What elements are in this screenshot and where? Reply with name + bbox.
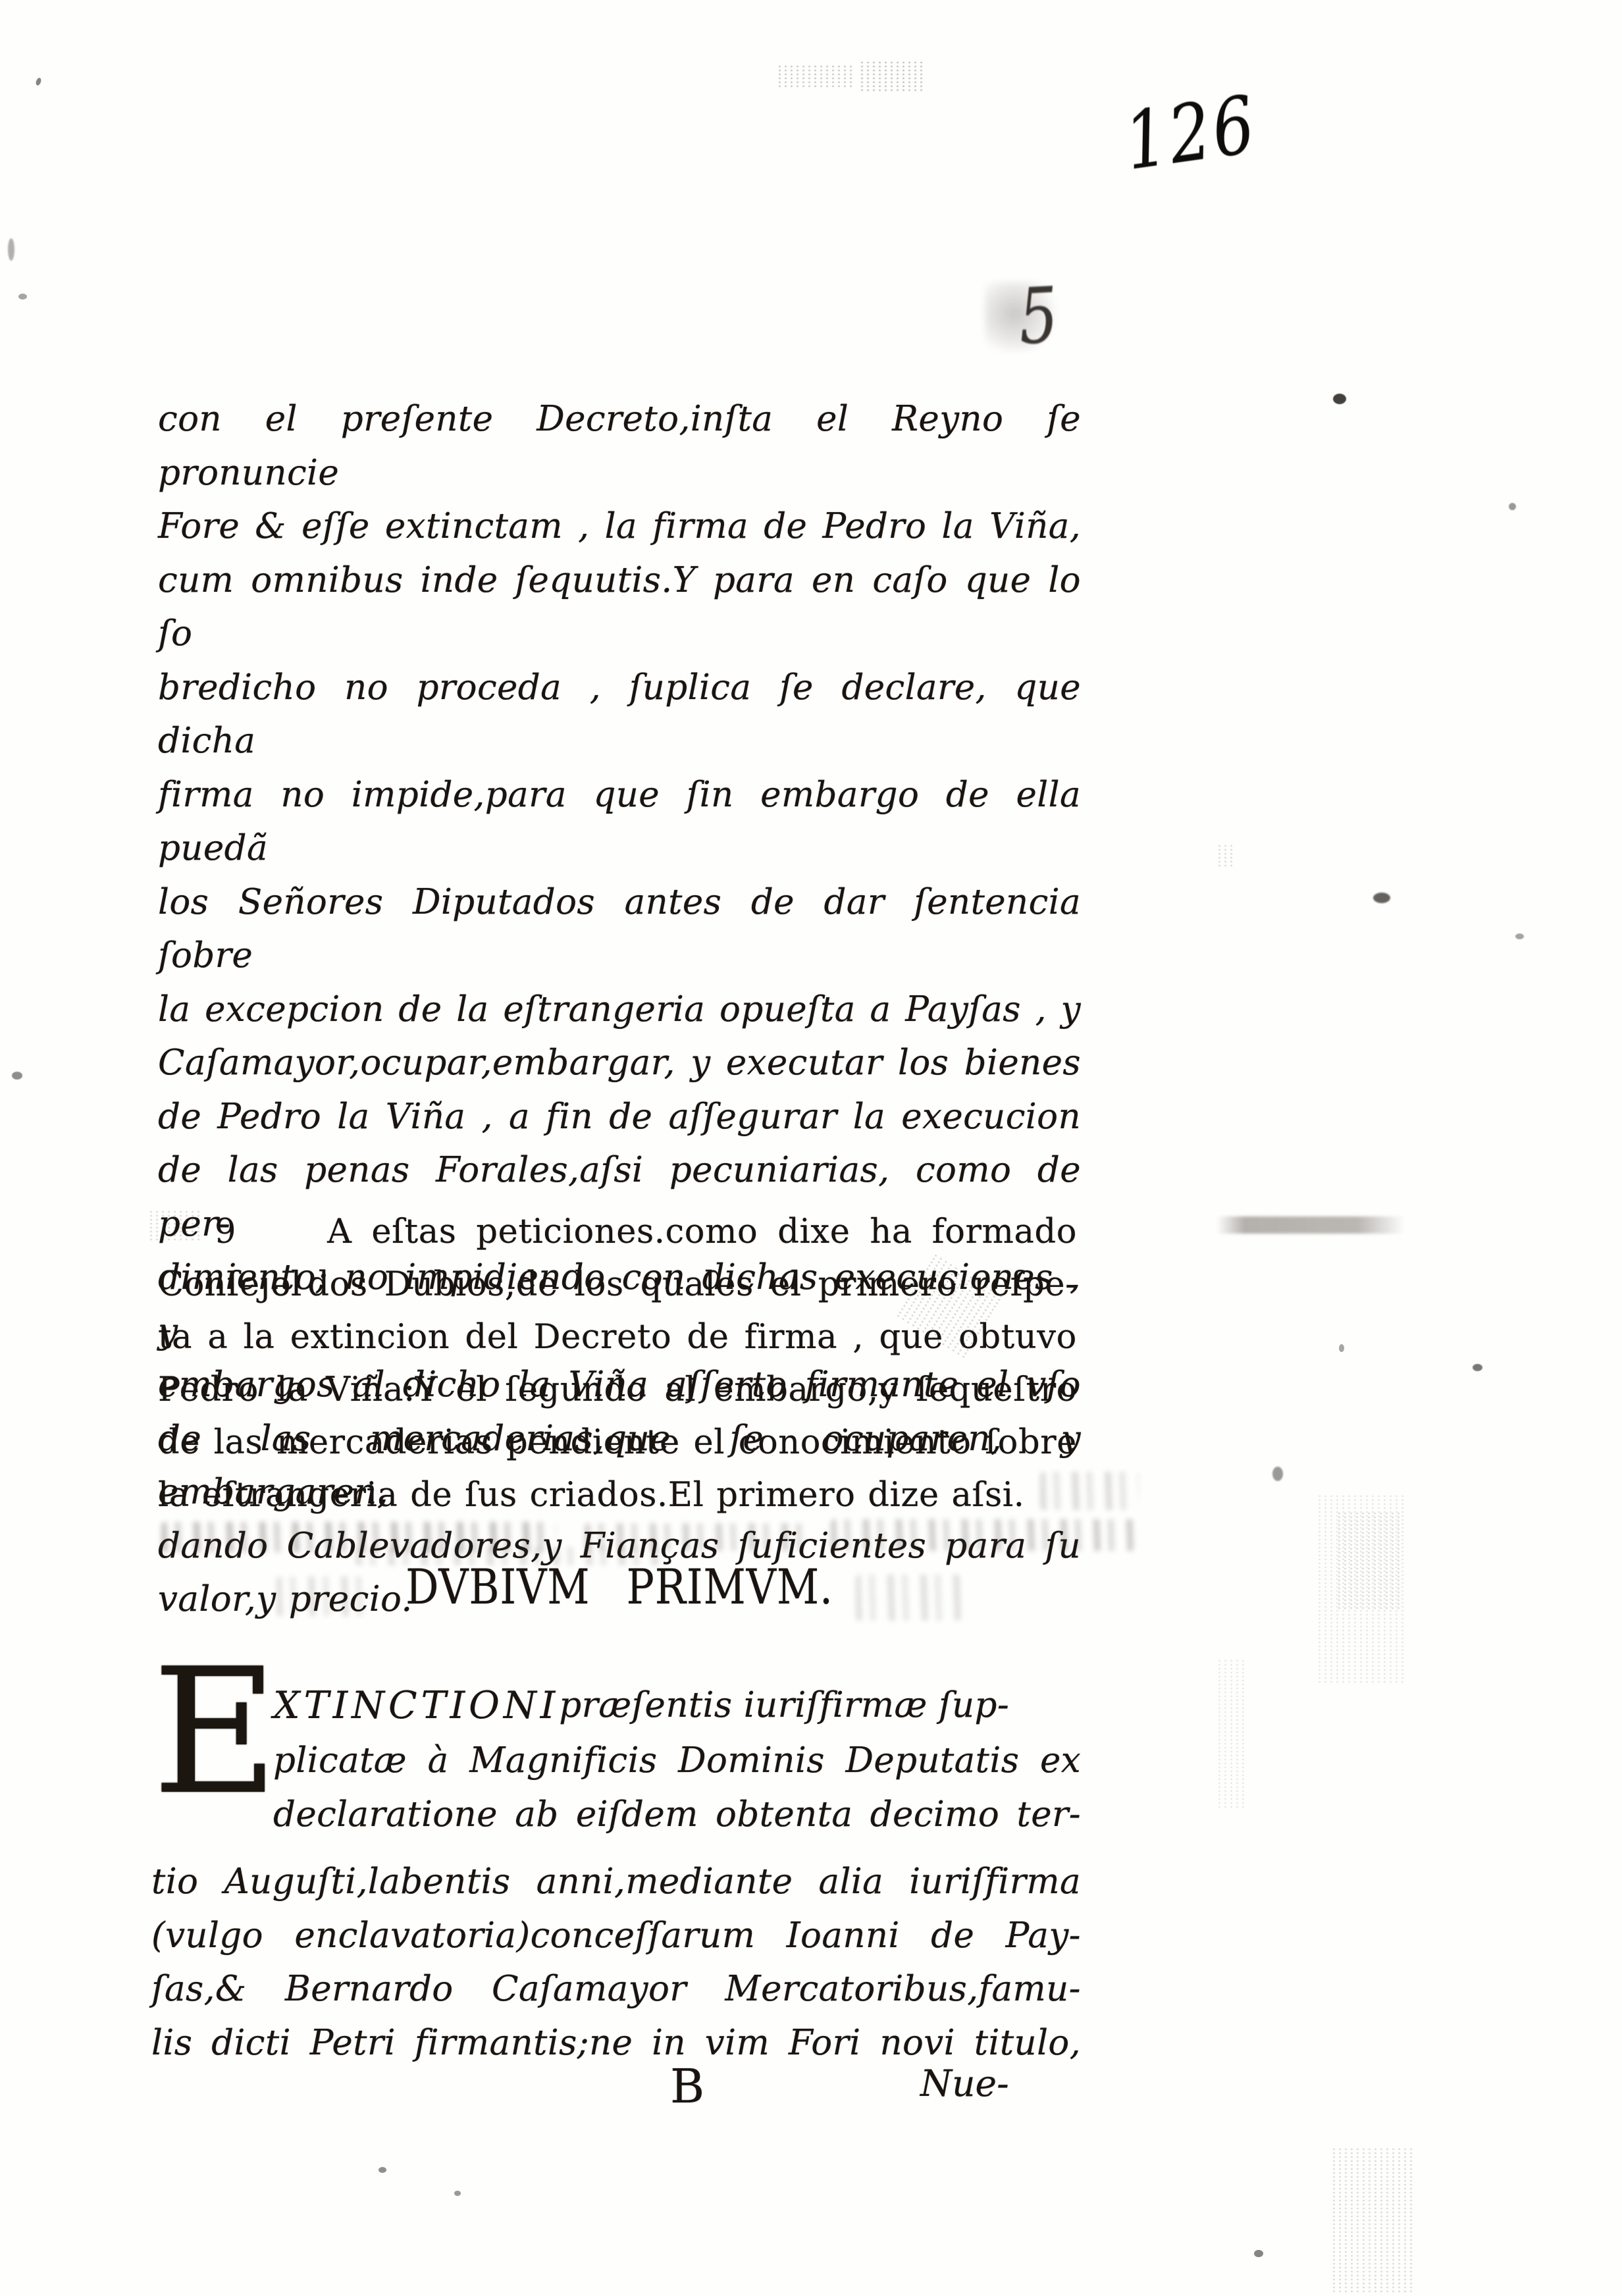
ink-speck <box>18 294 27 300</box>
scan-noise-patch <box>1216 844 1236 866</box>
numbered-paragraph: 9A eſtas peticiones.como dixe ha formado… <box>158 1206 1077 1522</box>
ink-speck <box>35 77 42 86</box>
ink-speck <box>1473 1364 1482 1371</box>
bleedthrough-text-ghost <box>1040 1472 1139 1510</box>
ink-speck <box>1509 503 1516 510</box>
ink-speck <box>1272 1467 1283 1481</box>
dubium-paragraph-indented: XTINCTIONI præſentis iuriſfirmæ ſup- pli… <box>273 1679 1081 1842</box>
opening-word-caps: XTINCTIONI <box>273 1684 559 1727</box>
paragraph-number: 9 <box>215 1213 236 1251</box>
paragraph-line: declaratione ab eiſdem obtenta decimo te… <box>273 1788 1081 1842</box>
paragraph-line: (vulgo enclavatoria)conceſſarum Ioanni d… <box>151 1909 1081 1963</box>
printed-page-number: 5 <box>1017 278 1060 356</box>
ink-speck <box>1515 933 1524 939</box>
document-scan-page: 126 5 con el preſente Decreto,inſta el R… <box>0 0 1622 2296</box>
paragraph-line: plicatæ à Magnificis Dominis Deputatis e… <box>273 1734 1081 1788</box>
paragraph-line: cum omnibus inde ſequutis.Y para en caſo… <box>158 554 1081 661</box>
paragraph-line: bredicho no proceda , ſuplica ſe declare… <box>158 661 1081 768</box>
paragraph-line: de las mercaderias pendiente el conocimi… <box>158 1417 1077 1469</box>
scan-noise-patch <box>1336 1511 1402 1610</box>
ink-speck <box>379 2167 386 2173</box>
handwritten-folio-number: 126 <box>1120 86 1262 182</box>
paragraph-line: ſas,& Bernardo Caſamayor Mercatoribus,fa… <box>151 1962 1081 2016</box>
signature-mark: B <box>670 2063 704 2110</box>
scan-noise-patch <box>1216 1659 1248 1810</box>
ink-speck <box>12 1072 22 1080</box>
scan-noise-patch <box>148 1210 199 1240</box>
scan-noise-patch <box>1331 2147 1415 2293</box>
bleedthrough-text-ghost <box>856 1575 961 1621</box>
ink-speck <box>1333 394 1346 404</box>
paragraph-line-text: præſentis iuriſfirmæ ſup- <box>559 1679 1009 1733</box>
scan-noise-patch <box>859 61 925 92</box>
paragraph-line: la eſtrangeria de ſus criados.El primero… <box>158 1469 1077 1522</box>
paragraph-line: Caſamayor,ocupar,embargar, y executar lo… <box>158 1036 1081 1090</box>
paragraph-line: firma no impide,para que ſin embargo de … <box>158 768 1081 875</box>
ink-speck <box>454 2191 461 2196</box>
paragraph-line: Fore & eſſe extinctam , la firma de Pedr… <box>158 500 1081 554</box>
scan-noise-patch <box>777 65 854 90</box>
bleedthrough-text-ghost <box>355 1547 665 1565</box>
paragraph-line: con el preſente Decreto,inſta el Reyno ſ… <box>158 392 1081 500</box>
paragraph-line: los Señores Diputados antes de dar ſente… <box>158 875 1081 983</box>
paragraph-line: de Pedro la Viña , a fin de aſſegurar la… <box>158 1090 1081 1144</box>
paragraph-line: Pedro la Viña:Y el ſegundo al embargo,y … <box>158 1364 1077 1417</box>
bleedthrough-text-ghost <box>831 1519 1135 1551</box>
catchword: Nue- <box>920 2062 1009 2105</box>
paragraph-line: XTINCTIONI præſentis iuriſfirmæ ſup- <box>273 1679 1081 1734</box>
ink-speck <box>8 238 14 261</box>
scan-streak <box>1216 1216 1405 1234</box>
paragraph-line: tio Auguſti,labentis anni,mediante alia … <box>151 1855 1081 1909</box>
paragraph-line: 9A eſtas peticiones.como dixe ha formado… <box>158 1206 1077 1259</box>
dubium-paragraph-full: tio Auguſti,labentis anni,mediante alia … <box>151 1855 1081 2070</box>
paragraph-line: la excepcion de la eſtrangeria opueſta a… <box>158 983 1081 1037</box>
bleedthrough-text-ghost <box>276 1577 369 1616</box>
drop-cap-initial: E <box>152 1646 278 1819</box>
ink-speck <box>1339 1344 1344 1352</box>
ink-speck <box>1373 893 1390 903</box>
ink-speck <box>1254 2250 1263 2257</box>
